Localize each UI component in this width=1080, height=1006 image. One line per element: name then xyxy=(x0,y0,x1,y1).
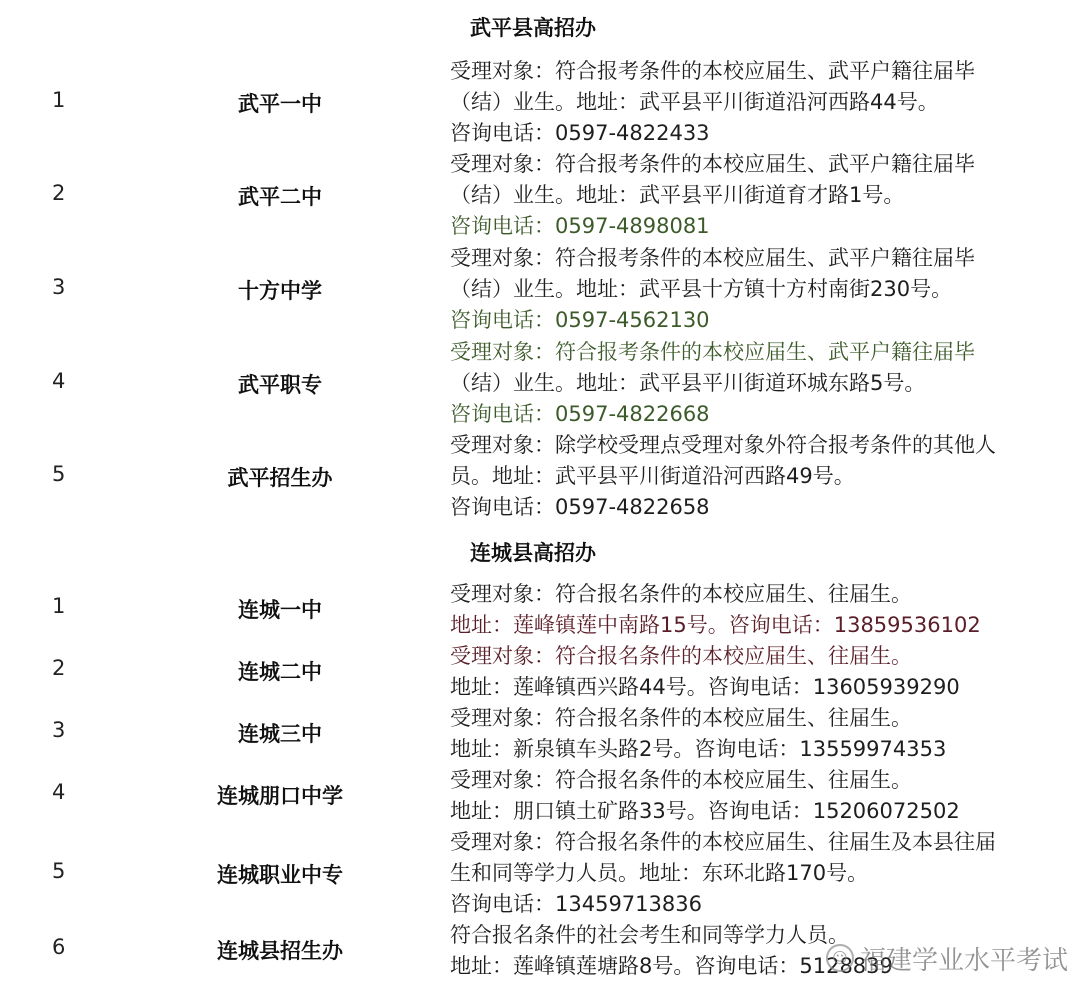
description-line: 咨询电话：0597-4562130 xyxy=(450,305,1070,336)
row-number: 3 xyxy=(52,275,82,299)
description-line: 咨询电话：13459713836 xyxy=(450,889,1070,920)
section-title-liancheng: 连城县高招办 xyxy=(470,537,596,567)
office-name: 连城朋口中学 xyxy=(140,780,420,810)
document-page: 武平县高招办 1 武平一中 受理对象：符合报考条件的本校应届生、武平户籍往届毕 … xyxy=(0,0,1080,1006)
description-line: （结）业生。地址：武平县平川街道环城东路5号。 xyxy=(450,368,1070,399)
office-name: 连城三中 xyxy=(140,718,420,748)
description-line: 地址：朋口镇土矿路33号。咨询电话：15206072502 xyxy=(450,796,1070,827)
description-line: 咨询电话：0597-4822668 xyxy=(450,399,1070,430)
office-description: 受理对象：除学校受理点受理对象外符合报考条件的其他人 员。地址：武平县平川街道沿… xyxy=(450,430,1070,523)
office-name: 武平招生办 xyxy=(140,462,420,492)
office-name: 十方中学 xyxy=(140,275,420,305)
description-line: 受理对象：符合报名条件的本校应届生、往届生。 xyxy=(450,641,1070,672)
office-name: 连城一中 xyxy=(140,594,420,624)
office-description: 受理对象：符合报名条件的本校应届生、往届生。 地址：莲峰镇莲中南路15号。咨询电… xyxy=(450,579,1070,641)
description-line: 员。地址：武平县平川街道沿河西路49号。 xyxy=(450,461,1070,492)
description-line: （结）业生。地址：武平县平川街道育才路1号。 xyxy=(450,180,1070,211)
description-line: 受理对象：符合报名条件的本校应届生、往届生。 xyxy=(450,765,1070,796)
row-number: 5 xyxy=(52,859,82,883)
description-line: 地址：新泉镇车头路2号。咨询电话：13559974353 xyxy=(450,734,1070,765)
office-description: 受理对象：符合报名条件的本校应届生、往届生及本县往届 生和同等学力人员。地址：东… xyxy=(450,827,1070,920)
office-description: 受理对象：符合报考条件的本校应届生、武平户籍往届毕 （结）业生。地址：武平县平川… xyxy=(450,337,1070,430)
row-number: 2 xyxy=(52,181,82,205)
office-name: 连城二中 xyxy=(140,656,420,686)
description-line: 咨询电话：0597-4898081 xyxy=(450,211,1070,242)
description-line: 受理对象：符合报名条件的本校应届生、往届生及本县往届 xyxy=(450,827,1070,858)
description-line: 受理对象：符合报名条件的本校应届生、往届生。 xyxy=(450,703,1070,734)
row-number: 3 xyxy=(52,718,82,742)
office-name: 武平一中 xyxy=(140,88,420,118)
row-number: 6 xyxy=(52,935,82,959)
description-line: 受理对象：符合报考条件的本校应届生、武平户籍往届毕 xyxy=(450,337,1070,368)
description-line: 受理对象：除学校受理点受理对象外符合报考条件的其他人 xyxy=(450,430,1070,461)
description-line: （结）业生。地址：武平县十方镇十方村南街230号。 xyxy=(450,274,1070,305)
description-line: 生和同等学力人员。地址：东环北路170号。 xyxy=(450,858,1070,889)
office-name: 武平二中 xyxy=(140,181,420,211)
description-line: 受理对象：符合报考条件的本校应届生、武平户籍往届毕 xyxy=(450,56,1070,87)
office-description: 受理对象：符合报名条件的本校应届生、往届生。 地址：新泉镇车头路2号。咨询电话：… xyxy=(450,703,1070,765)
row-number: 4 xyxy=(52,780,82,804)
office-description: 受理对象：符合报考条件的本校应届生、武平户籍往届毕 （结）业生。地址：武平县平川… xyxy=(450,149,1070,242)
section-title-wuping: 武平县高招办 xyxy=(470,12,596,42)
description-line: 受理对象：符合报考条件的本校应届生、武平户籍往届毕 xyxy=(450,243,1070,274)
office-name: 连城职业中专 xyxy=(140,859,420,889)
office-description: 受理对象：符合报名条件的本校应届生、往届生。 地址：莲峰镇西兴路44号。咨询电话… xyxy=(450,641,1070,703)
description-line: 受理对象：符合报名条件的本校应届生、往届生。 xyxy=(450,579,1070,610)
watermark-text: 福建学业水平考试 xyxy=(860,940,1068,977)
office-description: 受理对象：符合报考条件的本校应届生、武平户籍往届毕 （结）业生。地址：武平县十方… xyxy=(450,243,1070,336)
row-number: 2 xyxy=(52,656,82,680)
row-number: 5 xyxy=(52,462,82,486)
wechat-icon: ☺ xyxy=(826,944,854,972)
description-line: 咨询电话：0597-4822658 xyxy=(450,492,1070,523)
description-line: 地址：莲峰镇莲中南路15号。咨询电话：13859536102 xyxy=(450,610,1070,641)
watermark: ☺ 福建学业水平考试 xyxy=(826,938,1068,978)
office-description: 受理对象：符合报名条件的本校应届生、往届生。 地址：朋口镇土矿路33号。咨询电话… xyxy=(450,765,1070,827)
description-line: 受理对象：符合报考条件的本校应届生、武平户籍往届毕 xyxy=(450,149,1070,180)
office-name: 连城县招生办 xyxy=(140,935,420,965)
office-name: 武平职专 xyxy=(140,369,420,399)
office-description: 受理对象：符合报考条件的本校应届生、武平户籍往届毕 （结）业生。地址：武平县平川… xyxy=(450,56,1070,149)
row-number: 1 xyxy=(52,88,82,112)
description-line: 咨询电话：0597-4822433 xyxy=(450,118,1070,149)
row-number: 1 xyxy=(52,594,82,618)
description-line: （结）业生。地址：武平县平川街道沿河西路44号。 xyxy=(450,87,1070,118)
row-number: 4 xyxy=(52,369,82,393)
description-line: 地址：莲峰镇西兴路44号。咨询电话：13605939290 xyxy=(450,672,1070,703)
